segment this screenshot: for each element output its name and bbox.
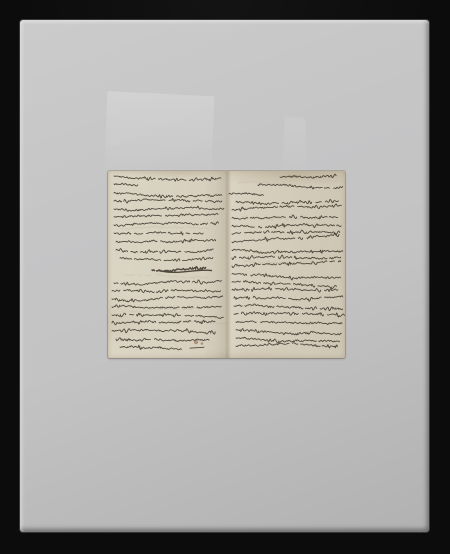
mat-board (20, 20, 429, 532)
handwriting-svg (108, 171, 345, 358)
glass-glare-highlight-small (282, 116, 308, 174)
glass-glare-highlight (104, 86, 218, 172)
picture-frame (0, 0, 450, 554)
handwritten-letter-photo (108, 171, 345, 358)
